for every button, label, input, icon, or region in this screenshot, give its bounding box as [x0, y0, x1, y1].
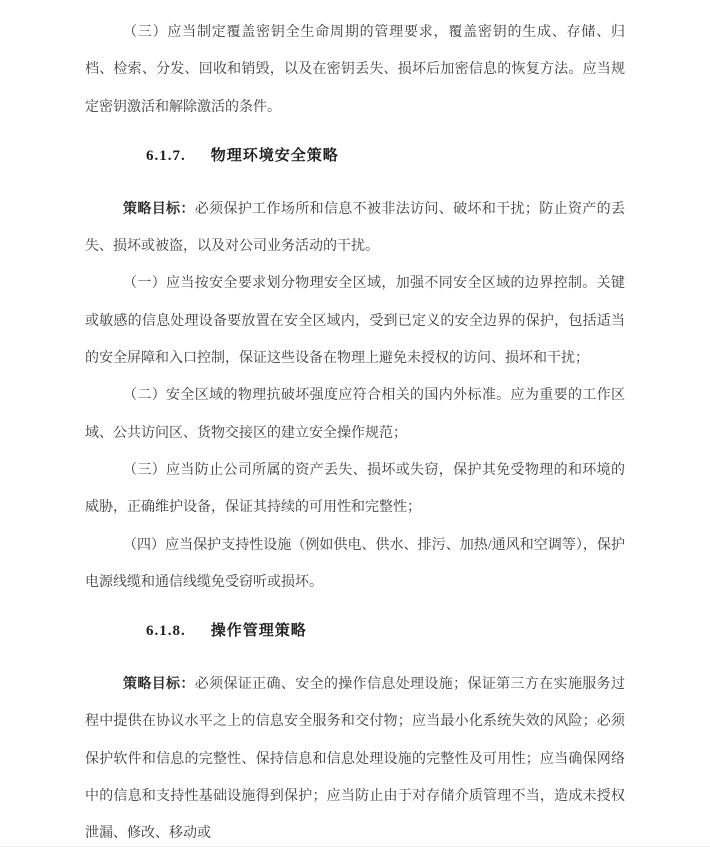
section-number-618: 6.1.8. [146, 623, 186, 639]
objective-text-618: 必须保证正确、安全的操作信息处理设施；保证第三方在实施服务过程中提供在协议水平之… [85, 677, 625, 841]
paragraph-item-617-3: （三）应当防止公司所属的资产丢失、损坏或失窃，保护其免受物理的和环境的威胁，正确… [85, 452, 625, 527]
document-page: （三）应当制定覆盖密钥全生命周期的管理要求，覆盖密钥的生成、存储、归档、检索、分… [0, 0, 710, 847]
paragraph-item-617-1: （一）应当按安全要求划分物理安全区域，加强不同安全区域的边界控制。关键或敏感的信… [85, 265, 625, 377]
paragraph-objective-617: 策略目标：必须保护工作场所和信息不被非法访问、破坏和干扰；防止资产的丢失、损坏或… [85, 191, 625, 266]
paragraph-objective-618: 策略目标：必须保证正确、安全的操作信息处理设施；保证第三方在实施服务过程中提供在… [85, 666, 625, 847]
section-title-617: 物理环境安全策略 [211, 147, 339, 164]
section-heading-617: 6.1.7.物理环境安全策略 [85, 142, 625, 170]
paragraph-item-617-2: （二）安全区域的物理抗破坏强度应符合相关的国内外标准。应为重要的工作区域、公共访… [85, 377, 625, 452]
paragraph-item-617-4: （四）应当保护支持性设施（例如供电、供水、排污、加热/通风和空调等），保护电源线… [85, 527, 625, 602]
section-heading-618: 6.1.8.操作管理策略 [85, 617, 625, 645]
objective-label-618: 策略目标： [123, 677, 195, 692]
section-number-617: 6.1.7. [146, 148, 186, 164]
objective-label-617: 策略目标： [123, 202, 195, 217]
section-title-618: 操作管理策略 [211, 622, 307, 639]
paragraph-key-lifecycle-continuation: （三）应当制定覆盖密钥全生命周期的管理要求，覆盖密钥的生成、存储、归档、检索、分… [85, 14, 625, 126]
